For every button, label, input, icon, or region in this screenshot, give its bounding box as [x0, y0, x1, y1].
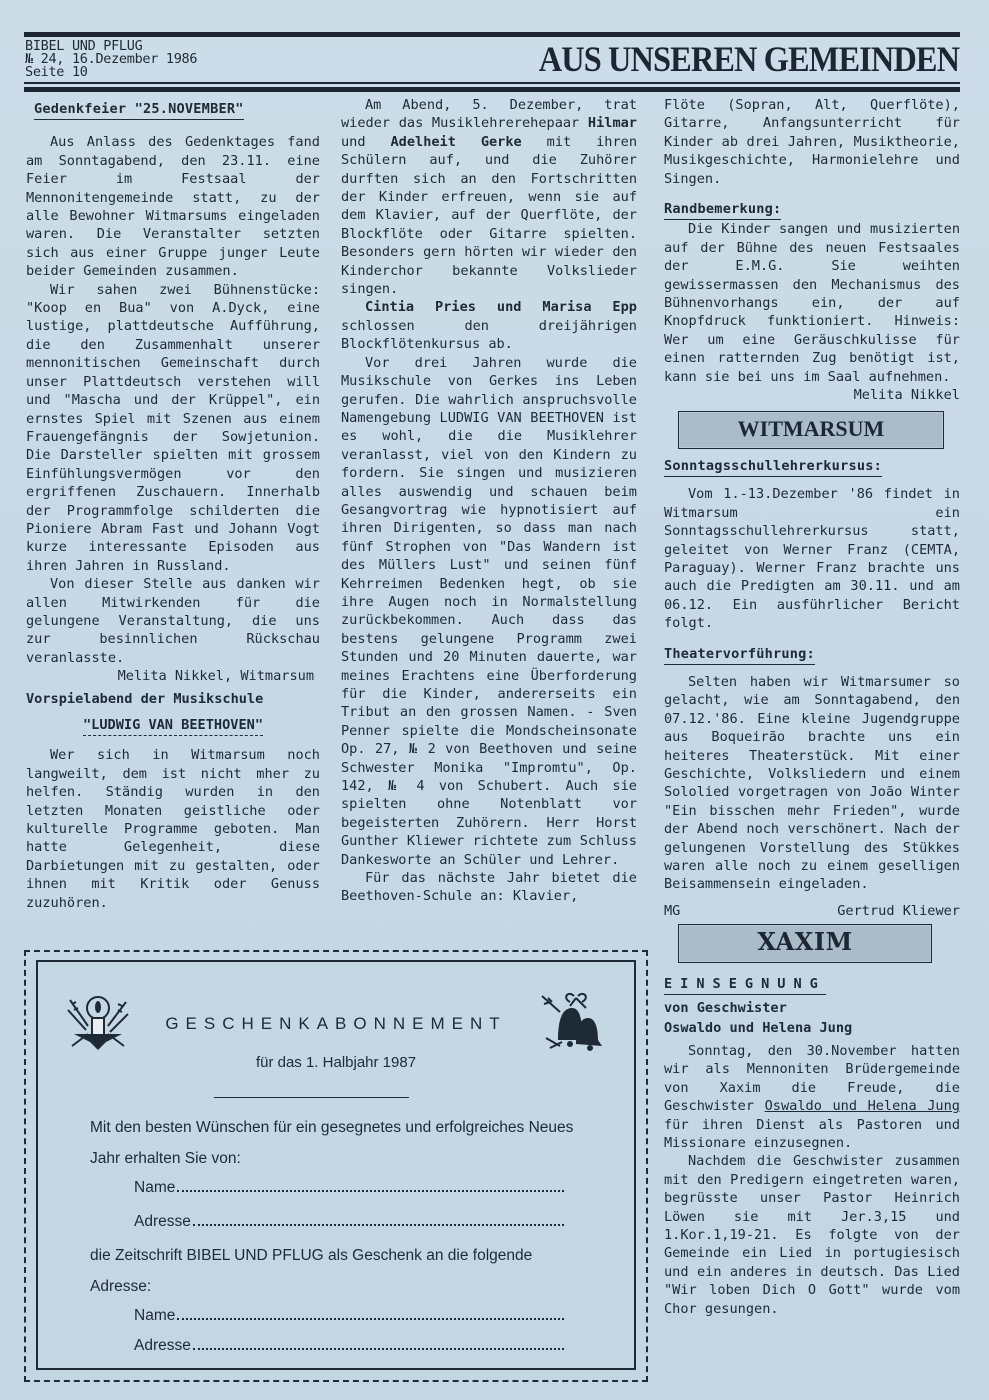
- gift-subscription-coupon: GESCHENKABONNEMENT für das 1. Halbjahr 1…: [24, 950, 648, 1382]
- einsegnung-heading: EINSEGNUNG: [664, 975, 826, 995]
- bells-icon: [540, 990, 604, 1052]
- author-initials: MG: [664, 902, 680, 920]
- page-number: Seite 10: [25, 66, 197, 79]
- article-paragraph: Nachdem die Geschwister zusammen mit den…: [664, 1152, 960, 1318]
- sender-address-field[interactable]: Adresse: [134, 1212, 564, 1231]
- coupon-greeting: Mit den besten Wünschen für ein gesegnet…: [90, 1112, 594, 1174]
- article-paragraph: Sonntag, den 30.November hatten wir als …: [664, 1042, 960, 1152]
- recipient-address-field[interactable]: Adresse: [134, 1336, 564, 1355]
- article-paragraph: Flöte (Sopran, Alt, Querflöte), Gitarre,…: [664, 96, 960, 188]
- coupon-gift-text: die Zeitschrift BIBEL UND PFLUG als Gesc…: [90, 1240, 594, 1302]
- person-names: Oswaldo und Helena Jung: [765, 1098, 960, 1114]
- article-paragraph: Wir sahen zwei Bühnenstücke: "Koop en Bu…: [26, 281, 320, 576]
- theater-heading: Theatervorführung:: [664, 645, 815, 665]
- article-signature: Gertrud Kliewer: [837, 902, 960, 920]
- beethoven-heading: "LUDWIG VAN BEETHOVEN": [83, 716, 263, 736]
- article-paragraph: Von dieser Stelle aus danken wir allen M…: [26, 575, 320, 667]
- recipient-name-field[interactable]: Name: [134, 1306, 564, 1325]
- masthead-thin-rule: [24, 82, 960, 84]
- article-paragraph: Aus Anlass des Gedenktages fand am Sonnt…: [26, 133, 320, 280]
- article-paragraph: Vor drei Jahren wurde die Musikschule vo…: [341, 354, 637, 869]
- sonntagsschul-heading: Sonntagsschullehrerkursus:: [664, 457, 882, 477]
- column-2: Am Abend, 5. Dezember, trat wieder das M…: [341, 96, 637, 906]
- person-names: Cintia Pries und Marisa Epp: [365, 299, 637, 315]
- einsegnung-subheading: von Geschwister: [664, 999, 960, 1017]
- article-paragraph: Für das nächste Jahr bietet die Beethove…: [341, 869, 637, 906]
- column-1: Gedenkfeier "25.NOVEMBER" Aus Anlass des…: [26, 96, 320, 912]
- article-paragraph: Die Kinder sangen und musizierten auf de…: [664, 220, 960, 386]
- coupon-frame: GESCHENKABONNEMENT für das 1. Halbjahr 1…: [36, 960, 636, 1370]
- newspaper-page: BIBEL UND PFLUG № 24, 16.Dezember 1986 S…: [0, 0, 989, 1400]
- person-name: Hilmar: [588, 115, 637, 131]
- article-paragraph: Vom 1.-13.Dezember '86 findet in Witmars…: [664, 485, 960, 632]
- person-name: Adelheit Gerke: [390, 134, 521, 150]
- article-paragraph: Cintia Pries und Marisa Epp schlossen de…: [341, 298, 637, 353]
- masthead-top-rule: [24, 32, 960, 37]
- masthead-bottom-rule: [24, 87, 960, 92]
- vorspielabend-heading: Vorspielabend der Musikschule: [26, 690, 320, 708]
- article-signature: Melita Nikkel: [664, 386, 960, 404]
- witmarsum-banner: WITMARSUM: [678, 411, 944, 449]
- column-3: Flöte (Sopran, Alt, Querflöte), Gitarre,…: [664, 96, 960, 1318]
- article-paragraph: Selten haben wir Witmarsumer so gelacht,…: [664, 673, 960, 894]
- einsegnung-subheading: Oswaldo und Helena Jung: [664, 1019, 960, 1037]
- randbemerkung-heading: Randbemerkung:: [664, 200, 781, 220]
- xaxim-banner: XAXIM: [678, 924, 932, 962]
- coupon-divider: [214, 1097, 409, 1098]
- coupon-subtitle: für das 1. Halbjahr 1987: [38, 1054, 634, 1071]
- article-paragraph: Wer sich in Witmarsum noch langweilt, de…: [26, 746, 320, 912]
- section-title: AUS UNSEREN GEMEINDEN: [539, 38, 959, 80]
- masthead-info: BIBEL UND PFLUG № 24, 16.Dezember 1986 S…: [25, 40, 197, 79]
- theater-byline: MG Gertrud Kliewer: [664, 902, 960, 920]
- article-signature: Melita Nikkel, Witmarsum: [26, 667, 320, 685]
- gedenkfeier-heading: Gedenkfeier "25.NOVEMBER": [34, 100, 244, 120]
- article-paragraph: Am Abend, 5. Dezember, trat wieder das M…: [341, 96, 637, 298]
- sender-name-field[interactable]: Name: [134, 1178, 564, 1197]
